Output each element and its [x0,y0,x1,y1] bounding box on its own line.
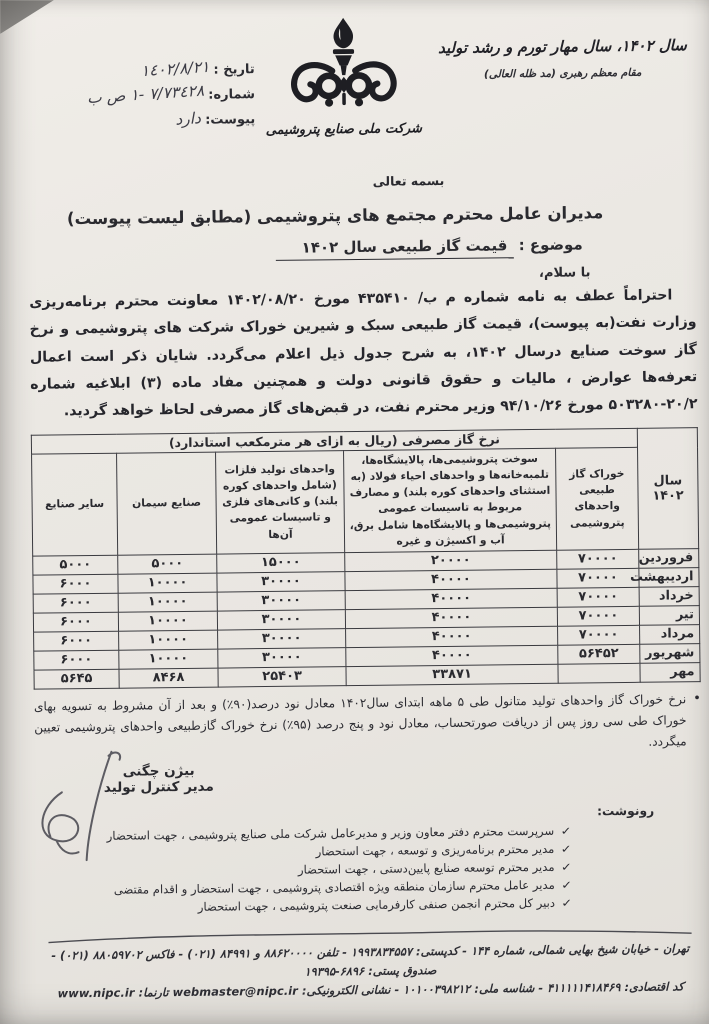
column-header-fuel: سوخت پتروشیمی‌ها، پالایشگاه‌ها، تلمبه‌خا… [344,449,557,553]
rate-value-cell: ۱۰۰۰۰ [118,592,217,612]
subject-label: موضوع : [519,235,583,254]
year-column-header: سال ۱۴۰۲ [637,428,698,549]
rate-value-cell: ۴۰۰۰۰ [346,645,558,666]
rate-value-cell: ۱۵۰۰۰ [217,552,345,572]
letter-body: احتراماً عطف به نامه شماره م ب/ ۴۳۵۴۱۰ م… [29,282,698,426]
rate-value-cell: ۴۰۰۰۰ [345,569,557,590]
slogan-line1: سال ۱۴۰۲، سال مهار تورم و رشد تولید [431,36,693,57]
month-cell: اردیبهشت [639,567,699,587]
rate-value-cell: ۴۰۰۰۰ [345,607,557,628]
rate-value-cell: ۷۰۰۰۰ [557,549,639,569]
rate-value-cell: ۴۰۰۰۰ [346,626,558,647]
rate-value-cell [558,663,640,683]
check-icon: ✓ [561,858,572,875]
rate-value-cell: ۳۰۰۰۰ [218,628,346,648]
rate-value-cell: ۱۰۰۰۰ [119,649,218,669]
month-cell: مهر [640,662,700,682]
number-label: شماره: [208,87,255,103]
column-header-metals: واحدهای تولید فلزات (شامل واحدهای کوره ب… [216,451,345,554]
column-header-other: سایر صنایع [32,454,118,556]
cc-list: ✓سرپرست محترم دفتر معاون وزیر و مدیرعامل… [35,822,571,918]
year-slogan: سال ۱۴۰۲، سال مهار تورم و رشد تولید مقام… [431,8,694,81]
signature-block: بیژن چگنی مدیر کنترل تولید [104,762,214,795]
rate-value-cell: ۳۰۰۰۰ [217,609,345,629]
date-label: تاریخ : [213,62,254,77]
rate-value-cell: ۷۰۰۰۰ [558,625,640,645]
cc-item-text: دبیر کل محترم انجمن صنفی کارفرمایی صنعت … [198,895,555,913]
table-header: سال ۱۴۰۲ نرخ گاز مصرفی (ریال به ازای هر … [31,428,698,556]
rate-value-cell: ۴۰۰۰۰ [345,588,557,609]
recipient-line: مدیران عامل محترم مجتمع های پتروشیمی (مط… [28,203,603,229]
attachment-row: پیوست: دارد [27,109,255,130]
number-row: شماره: ٧/٧٣٤٢٨ -١ ص ب [27,84,255,105]
rate-value-cell: ۷۰۰۰۰ [557,587,639,607]
rate-value-cell: ۵۰۰۰ [118,554,217,574]
rate-value-cell: ۵۶۴۵ [34,669,119,689]
signer-title: مدیر کنترل تولید [104,778,214,795]
letterhead: سال ۱۴۰۲، سال مهار تورم و رشد تولید مقام… [26,8,695,168]
rate-value-cell: ۲۰۰۰۰ [345,550,557,571]
rate-value-cell: ۱۰۰۰۰ [119,630,218,650]
cc-item-text: مدیر محترم برنامه‌ریزی و توسعه ، جهت است… [316,841,555,858]
company-name: شرکت ملی صنایع پتروشیمی [260,121,428,138]
rate-value-cell: ۳۰۰۰۰ [217,590,345,610]
footer-text: تهران - خیابان شیخ بهایی شمالی، شماره ۱۴… [37,940,705,1003]
check-icon: ✓ [561,894,572,911]
rate-value-cell: ۶۰۰۰ [33,593,118,613]
rate-value-cell: ۳۳۸۷۱ [346,664,558,685]
footnote-text: نرخ خوراک گاز واحدهای تولید متانول طی ۵ … [34,689,687,760]
cc-section: رونوشت: ✓سرپرست محترم دفتر معاون وزیر و … [35,803,703,918]
bullet-icon: • [693,689,701,753]
month-cell: مرداد [640,624,700,644]
month-cell: شهریور [640,643,700,663]
column-header-feed: خوراک گاز طبیعی واحدهای پتروشیمی [556,448,639,550]
subject-value: قیمت گاز طبیعی سال ۱۴۰۲ [276,236,514,261]
signer-name: بیژن چگنی [104,762,214,779]
gas-price-table-body: فروردین۷۰۰۰۰۲۰۰۰۰۱۵۰۰۰۵۰۰۰۵۰۰۰اردیبهشت۷۰… [33,548,700,689]
number-value-handwritten: ٧/٧٣٤٢٨ -١ ص ب [86,82,204,107]
rate-value-cell: ۶۰۰۰ [33,612,118,632]
month-cell: تیر [639,605,699,625]
cc-item-text: سرپرست محترم دفتر معاون وزیر و مدیرعامل … [107,823,555,842]
cc-item-text: مدیر عامل محترم سازمان منطقه ویژه اقتصاد… [114,877,555,896]
rate-value-cell: ۵۶۴۵۲ [558,644,640,664]
footnote: • نرخ خوراک گاز واحدهای تولید متانول طی … [34,689,702,761]
rate-value-cell: ۵۰۰۰ [33,555,118,575]
cc-label: رونوشت: [83,803,654,823]
letter-sheet: سال ۱۴۰۲، سال مهار تورم و رشد تولید مقام… [0,0,709,1024]
rate-value-cell: ۶۰۰۰ [34,631,119,651]
rate-value-cell: ۱۰۰۰۰ [118,573,217,593]
besmeleh: بسمه تعالی [75,170,709,193]
month-cell: خرداد [639,586,699,606]
column-header-cement: صنایع سیمان [117,452,217,554]
subject-line: موضوع : قیمت گاز طبیعی سال ۱۴۰۲ [29,235,583,259]
footer: تهران - خیابان شیخ بهایی شمالی، شماره ۱۴… [36,927,704,1003]
rate-value-cell: ۶۰۰۰ [34,650,119,670]
rate-value-cell: ۸۴۶۸ [119,668,218,688]
check-icon: ✓ [560,822,571,839]
rate-value-cell: ۷۰۰۰۰ [557,606,639,626]
rate-value-cell: ۳۰۰۰۰ [218,647,346,667]
slogan-line2: مقام معظم رهبری (مد ظله العالی) [432,66,694,81]
rate-value-cell: ۲۵۴۰۳ [218,666,346,686]
date-row: تاریخ : ١٤٠٢/٨/٢١ [27,59,255,80]
torch-flame-emblem-icon [280,15,407,120]
attachment-label: پیوست: [205,112,255,128]
rate-value-cell: ۶۰۰۰ [33,574,118,594]
check-icon: ✓ [560,840,571,857]
rate-value-cell: ۱۰۰۰۰ [118,611,217,631]
cc-item-text: مدیر محترم توسعه صنایع پایین‌دستی ، جهت … [298,859,555,876]
gas-price-table: سال ۱۴۰۲ نرخ گاز مصرفی (ریال به ازای هر … [31,427,701,689]
footer-address-line: تهران - خیابان شیخ بهایی شمالی، شماره ۱۴… [37,940,704,984]
rate-value-cell: ۳۰۰۰۰ [217,571,345,591]
letter-meta-block: تاریخ : ١٤٠٢/٨/٢١ شماره: ٧/٧٣٤٢٨ -١ ص ب … [26,13,255,137]
letter-paper: سال ۱۴۰۲، سال مهار تورم و رشد تولید مقام… [0,0,709,1024]
company-logo-block: شرکت ملی صنایع پتروشیمی [259,11,428,138]
scanned-letter-photo: سال ۱۴۰۲، سال مهار تورم و رشد تولید مقام… [0,0,709,1024]
month-cell: فروردین [639,548,699,568]
date-value-handwritten: ١٤٠٢/٨/٢١ [140,58,210,80]
rate-value-cell: ۷۰۰۰۰ [557,568,639,588]
check-icon: ✓ [561,876,572,893]
attachment-value-handwritten: دارد [175,109,202,129]
